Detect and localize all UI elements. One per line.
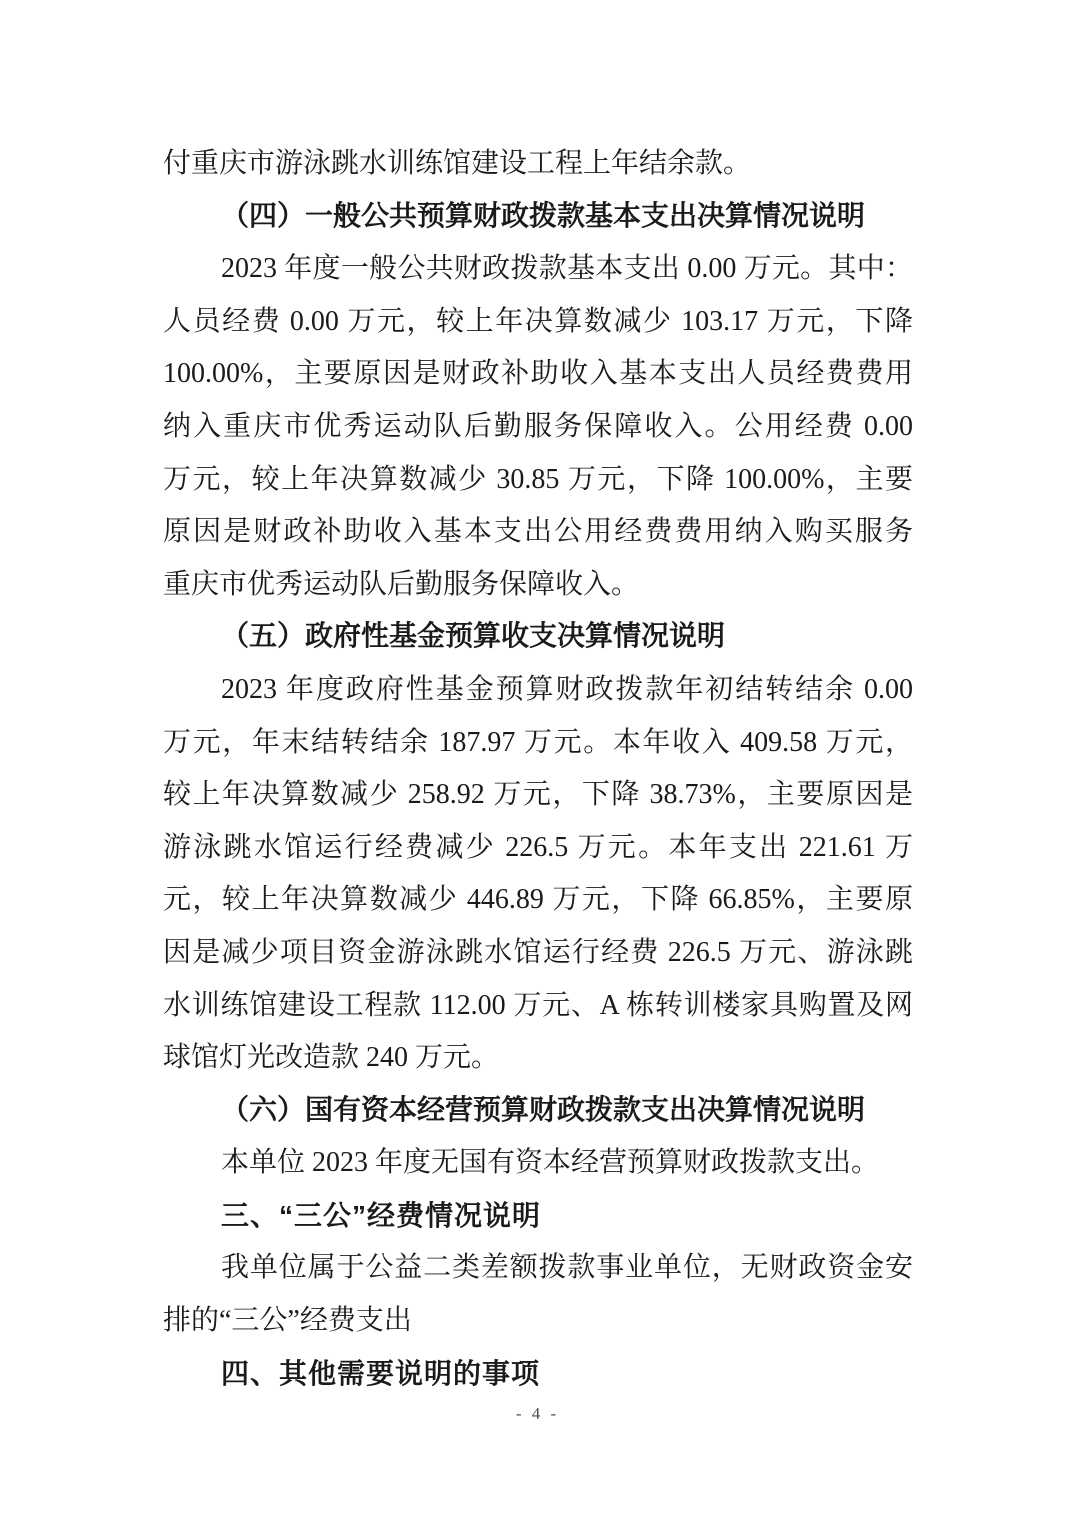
section-heading: （五）政府性基金预算收支决算情况说明 <box>163 611 913 664</box>
text-line: 原因是财政补助收入基本支出公用经费费用纳入购买服务 <box>163 506 913 559</box>
text-line: 人员经费 0.00 万元，较上年决算数减少 103.17 万元，下降 <box>163 296 913 349</box>
text-line: 球馆灯光改造款 240 万元。 <box>163 1032 913 1085</box>
text-line: 我单位属于公益二类差额拨款事业单位，无财政资金安 <box>163 1242 913 1295</box>
text-line: 排的“三公”经费支出 <box>163 1295 913 1348</box>
text-line: 较上年决算数减少 258.92 万元，下降 38.73%，主要原因是 <box>163 769 913 822</box>
text-line: 本单位 2023 年度无国有资本经营预算财政拨款支出。 <box>163 1137 913 1190</box>
text-line: 元，较上年决算数减少 446.89 万元，下降 66.85%，主要原 <box>163 874 913 927</box>
text-line: 游泳跳水馆运行经费减少 226.5 万元。本年支出 221.61 万 <box>163 822 913 875</box>
text-line: 100.00%，主要原因是财政补助收入基本支出人员经费费用 <box>163 348 913 401</box>
text-line: 因是减少项目资金游泳跳水馆运行经费 226.5 万元、游泳跳 <box>163 927 913 980</box>
document-body: 付重庆市游泳跳水训练馆建设工程上年结余款。（四）一般公共预算财政拨款基本支出决算… <box>163 138 913 1400</box>
document-page: 付重庆市游泳跳水训练馆建设工程上年结余款。（四）一般公共预算财政拨款基本支出决算… <box>0 0 1075 1520</box>
text-line: 付重庆市游泳跳水训练馆建设工程上年结余款。 <box>163 138 913 191</box>
text-line: 2023 年度政府性基金预算财政拨款年初结转结余 0.00 <box>163 664 913 717</box>
section-heading: 三、“三公”经费情况说明 <box>163 1190 913 1243</box>
text-line: 水训练馆建设工程款 112.00 万元、A 栋转训楼家具购置及网 <box>163 980 913 1033</box>
text-line: 万元，较上年决算数减少 30.85 万元，下降 100.00%，主要 <box>163 454 913 507</box>
page-number: - 4 - <box>0 1404 1075 1424</box>
section-heading: （六）国有资本经营预算财政拨款支出决算情况说明 <box>163 1085 913 1138</box>
section-heading: （四）一般公共预算财政拨款基本支出决算情况说明 <box>163 191 913 244</box>
text-line: 纳入重庆市优秀运动队后勤服务保障收入。公用经费 0.00 <box>163 401 913 454</box>
text-line: 2023 年度一般公共财政拨款基本支出 0.00 万元。其中： <box>163 243 913 296</box>
text-line: 万元，年末结转结余 187.97 万元。本年收入 409.58 万元， <box>163 717 913 770</box>
text-line: 重庆市优秀运动队后勤服务保障收入。 <box>163 559 913 612</box>
section-heading: 四、其他需要说明的事项 <box>163 1348 913 1401</box>
